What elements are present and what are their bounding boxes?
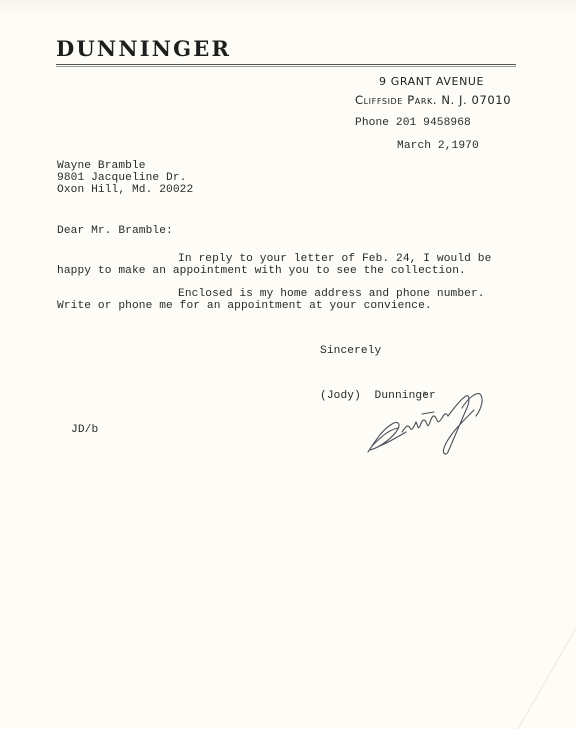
letterhead-address-line1: 9 GRANT AVENUE	[379, 75, 484, 88]
recipient-name: Wayne Bramble	[57, 160, 146, 172]
body-paragraph2-line1: Enclosed is my home address and phone nu…	[178, 288, 485, 300]
letterhead-name: DUNNINGER	[56, 36, 231, 61]
recipient-city: Oxon Hill, Md. 20022	[57, 184, 193, 196]
signature-icon	[362, 388, 487, 460]
letterhead-phone: Phone 201 9458968	[355, 117, 471, 129]
letterhead-address-line2: Cliffside Park. N. J. 07010	[355, 93, 511, 107]
paper-crease	[0, 0, 576, 729]
body-paragraph1-line2: happy to make an appointment with you to…	[57, 265, 466, 277]
letter-page: DUNNINGER 9 GRANT AVENUE Cliffside Park.…	[0, 0, 576, 729]
letter-date: March 2,1970	[397, 140, 479, 152]
closing: Sincerely	[320, 345, 381, 357]
recipient-street: 9801 Jacqueline Dr.	[57, 172, 186, 184]
reference-initials: JD/b	[71, 424, 98, 436]
body-paragraph2-line2: Write or phone me for an appointment at …	[57, 300, 432, 312]
salutation: Dear Mr. Bramble:	[57, 225, 173, 237]
letterhead-rule	[56, 64, 516, 67]
body-paragraph1-line1: In reply to your letter of Feb. 24, I wo…	[178, 253, 491, 265]
